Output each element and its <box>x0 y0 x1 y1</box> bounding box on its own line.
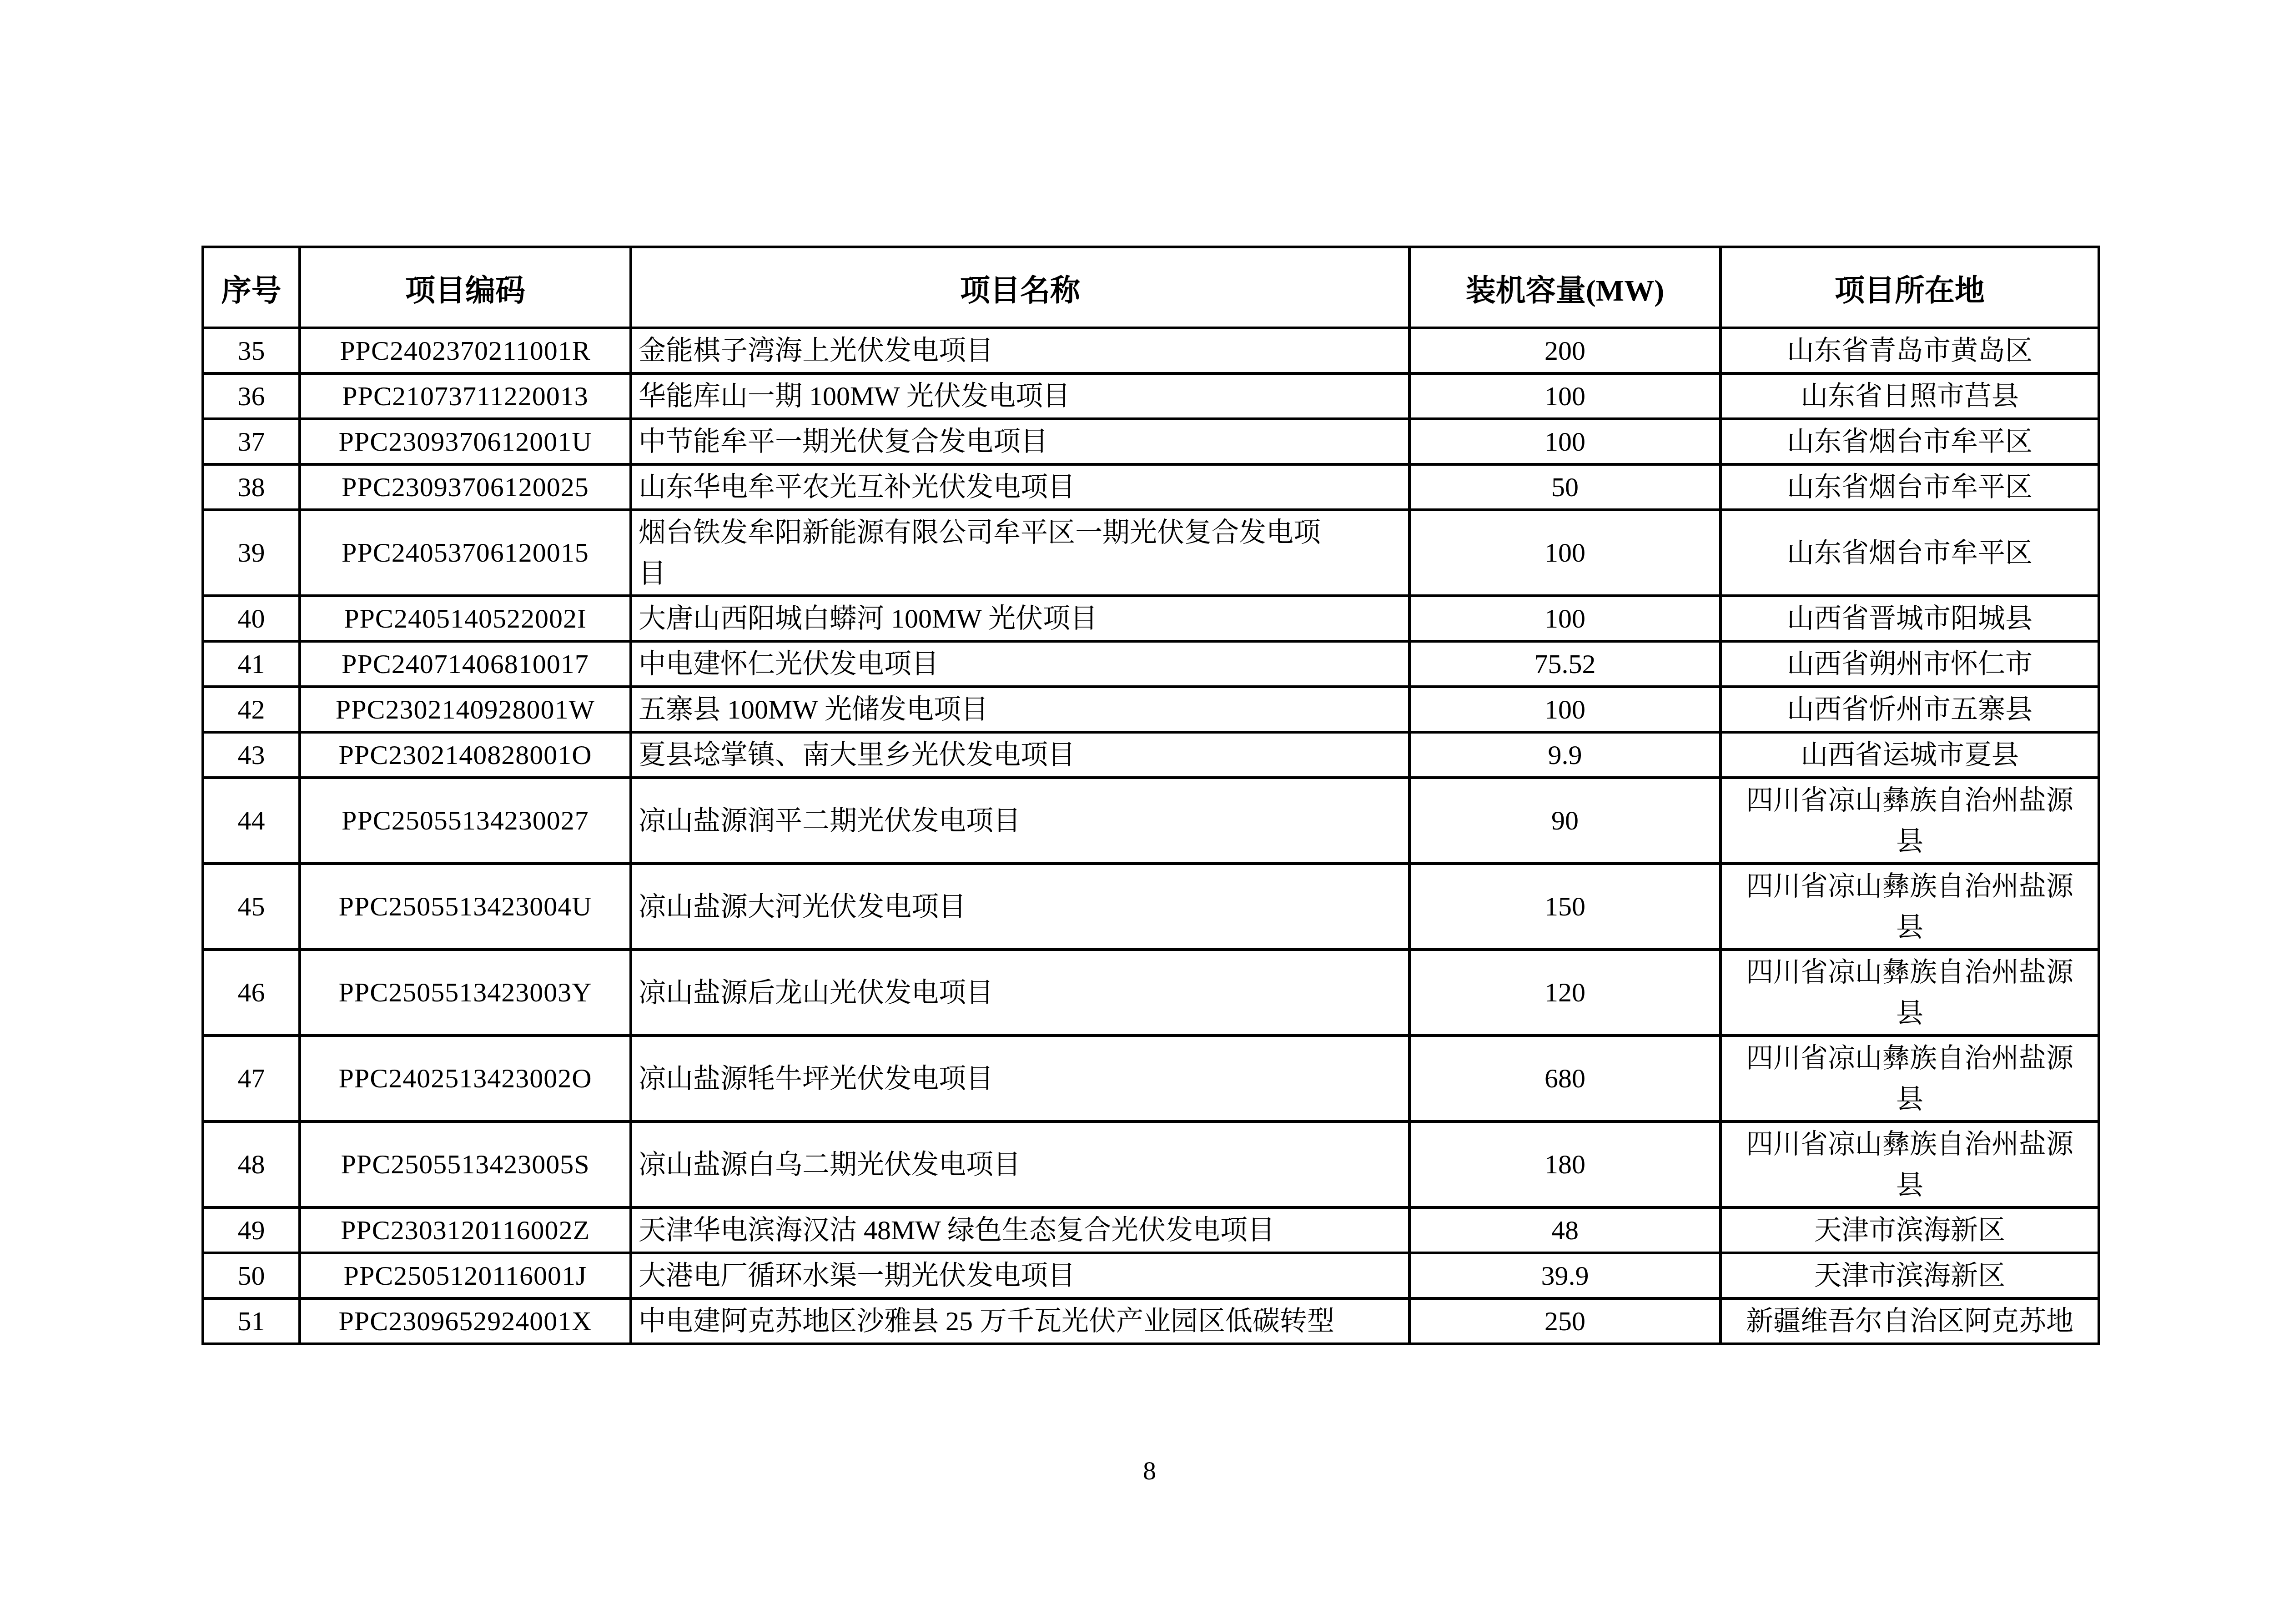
table-row: 50 PPC2505120116001J 大港电厂循环水渠一期光伏发电项目 39… <box>203 1253 2099 1298</box>
project-name-cell: 大港电厂循环水渠一期光伏发电项目 <box>631 1253 1409 1298</box>
location-cell: 山西省朔州市怀仁市 <box>1721 641 2099 687</box>
table-header-row: 序号 项目编码 项目名称 装机容量(MW) 项目所在地 <box>203 247 2099 328</box>
project-name-cell: 凉山盐源润平二期光伏发电项目 <box>631 778 1409 864</box>
table-row: 36 PPC21073711220013 华能库山一期 100MW 光伏发电项目… <box>203 373 2099 419</box>
row-number-cell: 48 <box>203 1121 300 1207</box>
row-number-cell: 51 <box>203 1298 300 1344</box>
project-code-cell: PPC2505120116001J <box>300 1253 631 1298</box>
capacity-cell: 50 <box>1409 464 1721 510</box>
capacity-cell: 150 <box>1409 864 1721 950</box>
row-number-cell: 43 <box>203 732 300 778</box>
capacity-cell: 100 <box>1409 687 1721 732</box>
row-number-cell: 46 <box>203 950 300 1036</box>
project-code-cell: PPC21073711220013 <box>300 373 631 419</box>
project-name-cell: 天津华电滨海汉沽 48MW 绿色生态复合光伏发电项目 <box>631 1207 1409 1253</box>
project-code-cell: PPC23093706120025 <box>300 464 631 510</box>
project-name-cell: 山东华电牟平农光互补光伏发电项目 <box>631 464 1409 510</box>
row-number-cell: 47 <box>203 1036 300 1121</box>
project-code-cell: PPC2402370211001R <box>300 328 631 373</box>
location-cell: 山东省烟台市牟平区 <box>1721 464 2099 510</box>
project-name-cell: 凉山盐源牦牛坪光伏发电项目 <box>631 1036 1409 1121</box>
header-location: 项目所在地 <box>1721 247 2099 328</box>
project-code-cell: PPC2302140928001W <box>300 687 631 732</box>
location-cell: 山西省忻州市五寨县 <box>1721 687 2099 732</box>
location-cell: 四川省凉山彝族自治州盐源 县 <box>1721 1036 2099 1121</box>
row-number-cell: 49 <box>203 1207 300 1253</box>
capacity-cell: 100 <box>1409 419 1721 464</box>
project-code-cell: PPC24071406810017 <box>300 641 631 687</box>
table-row: 45 PPC2505513423004U 凉山盐源大河光伏发电项目 150 四川… <box>203 864 2099 950</box>
row-number-cell: 45 <box>203 864 300 950</box>
project-name-cell: 中电建怀仁光伏发电项目 <box>631 641 1409 687</box>
project-name-cell: 大唐山西阳城白蟒河 100MW 光伏项目 <box>631 596 1409 641</box>
capacity-cell: 250 <box>1409 1298 1721 1344</box>
capacity-cell: 48 <box>1409 1207 1721 1253</box>
row-number-cell: 38 <box>203 464 300 510</box>
table-row: 37 PPC2309370612001U 中节能牟平一期光伏复合发电项目 100… <box>203 419 2099 464</box>
header-project-code: 项目编码 <box>300 247 631 328</box>
capacity-cell: 100 <box>1409 510 1721 596</box>
table-row: 40 PPC2405140522002I 大唐山西阳城白蟒河 100MW 光伏项… <box>203 596 2099 641</box>
location-cell: 四川省凉山彝族自治州盐源 县 <box>1721 864 2099 950</box>
project-code-cell: PPC2309652924001X <box>300 1298 631 1344</box>
location-cell: 山东省青岛市黄岛区 <box>1721 328 2099 373</box>
project-name-cell: 五寨县 100MW 光储发电项目 <box>631 687 1409 732</box>
location-cell: 山东省日照市莒县 <box>1721 373 2099 419</box>
table-row: 38 PPC23093706120025 山东华电牟平农光互补光伏发电项目 50… <box>203 464 2099 510</box>
table-row: 44 PPC25055134230027 凉山盐源润平二期光伏发电项目 90 四… <box>203 778 2099 864</box>
capacity-cell: 39.9 <box>1409 1253 1721 1298</box>
capacity-cell: 120 <box>1409 950 1721 1036</box>
project-code-cell: PPC2309370612001U <box>300 419 631 464</box>
project-code-cell: PPC2405140522002I <box>300 596 631 641</box>
row-number-cell: 35 <box>203 328 300 373</box>
project-name-cell: 中电建阿克苏地区沙雅县 25 万千瓦光伏产业园区低碳转型 <box>631 1298 1409 1344</box>
project-code-cell: PPC2303120116002Z <box>300 1207 631 1253</box>
location-cell: 天津市滨海新区 <box>1721 1253 2099 1298</box>
project-code-cell: PPC2302140828001O <box>300 732 631 778</box>
project-code-cell: PPC2505513423005S <box>300 1121 631 1207</box>
header-index: 序号 <box>203 247 300 328</box>
row-number-cell: 39 <box>203 510 300 596</box>
capacity-cell: 180 <box>1409 1121 1721 1207</box>
header-capacity: 装机容量(MW) <box>1409 247 1721 328</box>
row-number-cell: 41 <box>203 641 300 687</box>
table-row: 39 PPC24053706120015 烟台铁发牟阳新能源有限公司牟平区一期光… <box>203 510 2099 596</box>
table-row: 49 PPC2303120116002Z 天津华电滨海汉沽 48MW 绿色生态复… <box>203 1207 2099 1253</box>
project-code-cell: PPC2505513423004U <box>300 864 631 950</box>
table-row: 41 PPC24071406810017 中电建怀仁光伏发电项目 75.52 山… <box>203 641 2099 687</box>
row-number-cell: 40 <box>203 596 300 641</box>
table-row: 47 PPC2402513423002O 凉山盐源牦牛坪光伏发电项目 680 四… <box>203 1036 2099 1121</box>
row-number-cell: 44 <box>203 778 300 864</box>
location-cell: 四川省凉山彝族自治州盐源 县 <box>1721 778 2099 864</box>
location-cell: 山东省烟台市牟平区 <box>1721 419 2099 464</box>
row-number-cell: 37 <box>203 419 300 464</box>
project-name-cell: 凉山盐源后龙山光伏发电项目 <box>631 950 1409 1036</box>
project-name-cell: 华能库山一期 100MW 光伏发电项目 <box>631 373 1409 419</box>
location-cell: 四川省凉山彝族自治州盐源 县 <box>1721 1121 2099 1207</box>
project-name-cell: 金能棋子湾海上光伏发电项目 <box>631 328 1409 373</box>
project-code-cell: PPC2402513423002O <box>300 1036 631 1121</box>
table-row: 51 PPC2309652924001X 中电建阿克苏地区沙雅县 25 万千瓦光… <box>203 1298 2099 1344</box>
row-number-cell: 36 <box>203 373 300 419</box>
document-page: 序号 项目编码 项目名称 装机容量(MW) 项目所在地 35 PPC240237… <box>0 0 2274 1624</box>
header-project-name: 项目名称 <box>631 247 1409 328</box>
location-cell: 山西省晋城市阳城县 <box>1721 596 2099 641</box>
project-name-cell: 中节能牟平一期光伏复合发电项目 <box>631 419 1409 464</box>
project-code-cell: PPC24053706120015 <box>300 510 631 596</box>
location-cell: 天津市滨海新区 <box>1721 1207 2099 1253</box>
project-name-cell: 凉山盐源大河光伏发电项目 <box>631 864 1409 950</box>
table-row: 42 PPC2302140928001W 五寨县 100MW 光储发电项目 10… <box>203 687 2099 732</box>
capacity-cell: 680 <box>1409 1036 1721 1121</box>
capacity-cell: 100 <box>1409 596 1721 641</box>
table-row: 48 PPC2505513423005S 凉山盐源白乌二期光伏发电项目 180 … <box>203 1121 2099 1207</box>
project-name-cell: 烟台铁发牟阳新能源有限公司牟平区一期光伏复合发电项 目 <box>631 510 1409 596</box>
table-row: 35 PPC2402370211001R 金能棋子湾海上光伏发电项目 200 山… <box>203 328 2099 373</box>
capacity-cell: 75.52 <box>1409 641 1721 687</box>
row-number-cell: 42 <box>203 687 300 732</box>
table-row: 43 PPC2302140828001O 夏县埝掌镇、南大里乡光伏发电项目 9.… <box>203 732 2099 778</box>
location-cell: 山西省运城市夏县 <box>1721 732 2099 778</box>
project-code-cell: PPC2505513423003Y <box>300 950 631 1036</box>
row-number-cell: 50 <box>203 1253 300 1298</box>
project-code-cell: PPC25055134230027 <box>300 778 631 864</box>
project-name-cell: 凉山盐源白乌二期光伏发电项目 <box>631 1121 1409 1207</box>
capacity-cell: 200 <box>1409 328 1721 373</box>
capacity-cell: 90 <box>1409 778 1721 864</box>
capacity-cell: 100 <box>1409 373 1721 419</box>
project-table: 序号 项目编码 项目名称 装机容量(MW) 项目所在地 35 PPC240237… <box>201 246 2100 1345</box>
capacity-cell: 9.9 <box>1409 732 1721 778</box>
location-cell: 新疆维吾尔自治区阿克苏地 <box>1721 1298 2099 1344</box>
page-number: 8 <box>201 1455 2098 1486</box>
location-cell: 山东省烟台市牟平区 <box>1721 510 2099 596</box>
project-name-cell: 夏县埝掌镇、南大里乡光伏发电项目 <box>631 732 1409 778</box>
table-row: 46 PPC2505513423003Y 凉山盐源后龙山光伏发电项目 120 四… <box>203 950 2099 1036</box>
location-cell: 四川省凉山彝族自治州盐源 县 <box>1721 950 2099 1036</box>
